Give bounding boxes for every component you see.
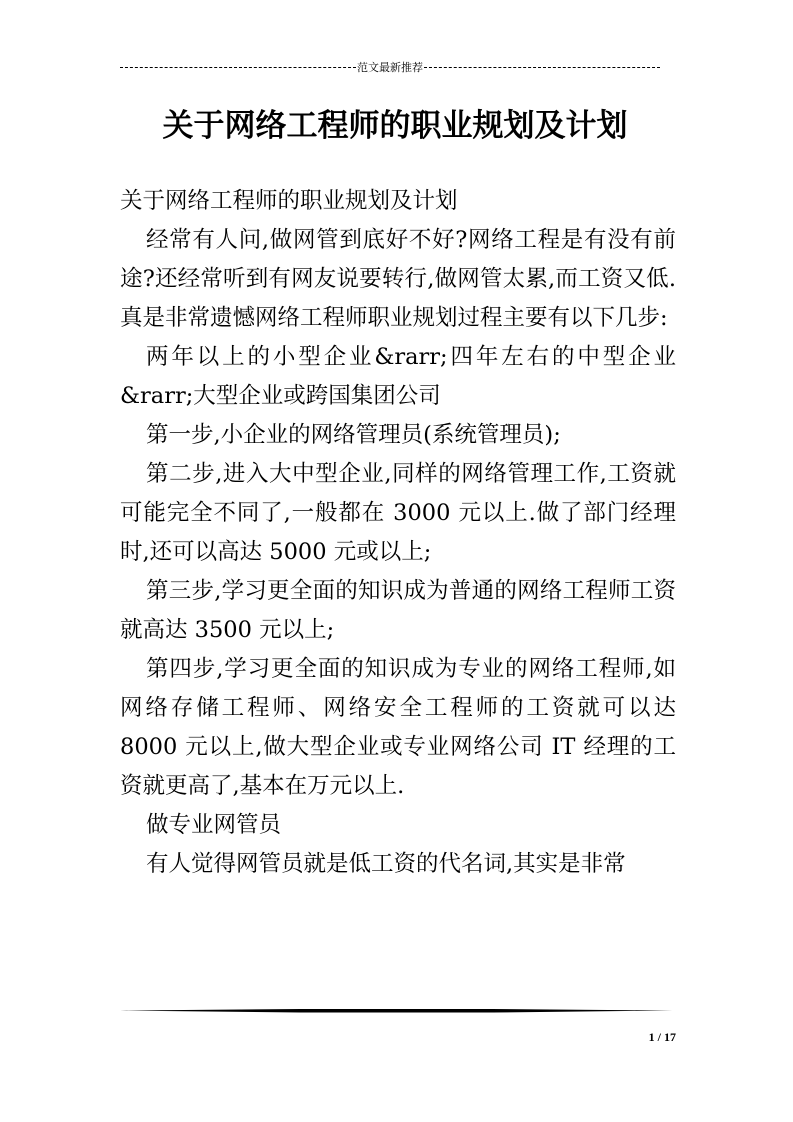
footer-divider (120, 1008, 673, 1013)
paragraph: 经常有人问,做网管到底好不好?网络工程是有没有前途?还经常听到有网友说要转行,做… (120, 221, 676, 338)
document-title: 关于网络工程师的职业规划及计划 (110, 106, 680, 146)
header-label: 范文最新推荐 (356, 59, 424, 75)
paragraph-subtitle: 关于网络工程师的职业规划及计划 (120, 182, 676, 221)
paragraph: 第三步,学习更全面的知识成为普通的网络工程师工资就高达 3500 元以上; (120, 572, 676, 650)
paragraph: 有人觉得网管员就是低工资的代名词,其实是非常 (120, 845, 676, 884)
header-dashed-rule-right (424, 67, 660, 68)
header-dashed-rule-left (120, 67, 356, 68)
paragraph: 两年以上的小型企业&rarr;四年左右的中型企业&rarr;大型企业或跨国集团公… (120, 338, 676, 416)
paragraph: 第一步,小企业的网络管理员(系统管理员); (120, 416, 676, 455)
page-header: 范文最新推荐 (120, 58, 660, 76)
paragraph: 第二步,进入大中型企业,同样的网络管理工作,工资就可能完全不同了,一般都在 30… (120, 455, 676, 572)
page-number: 1 / 17 (620, 1030, 676, 1045)
paragraph-heading: 做专业网管员 (120, 806, 676, 845)
paragraph: 第四步,学习更全面的知识成为专业的网络工程师,如网络存储工程师、网络安全工程师的… (120, 650, 676, 806)
document-body: 关于网络工程师的职业规划及计划 经常有人问,做网管到底好不好?网络工程是有没有前… (120, 182, 676, 884)
